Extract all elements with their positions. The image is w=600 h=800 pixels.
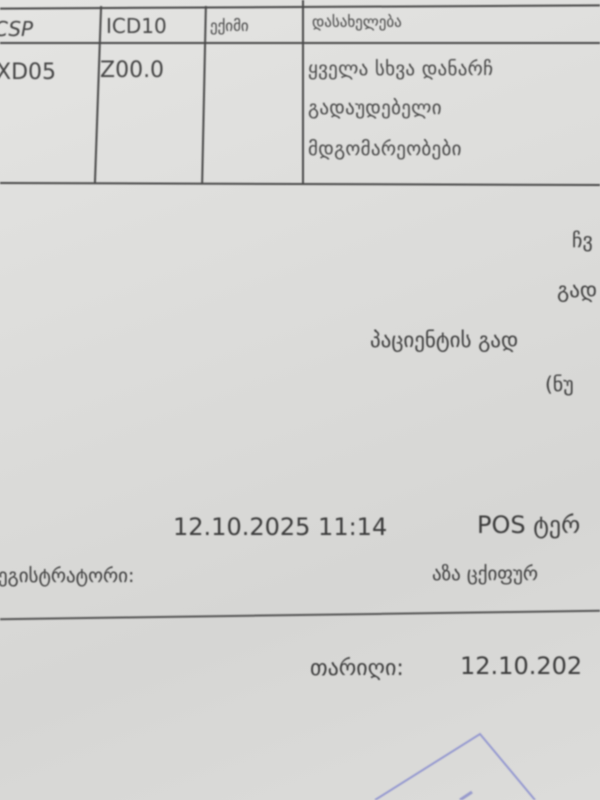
col-divider-3 — [302, 0, 304, 184]
registrar-name: აზა ცქიფურ — [432, 563, 538, 585]
print-datetime: 12.10.2025 11:14 — [173, 513, 387, 541]
header-icd10: ICD10 — [106, 14, 167, 38]
table-bottom-border — [0, 182, 600, 186]
header-divider — [0, 42, 600, 44]
date-label: თარიღი: — [310, 656, 404, 681]
cell-name-line-3: მდგომარეობები — [308, 138, 462, 160]
header-csp: CSP — [0, 17, 33, 41]
pos-label: POS ტერ — [477, 511, 580, 539]
date-value: 12.10.202 — [460, 652, 582, 680]
cell-name-line-2: გადაუდებელი — [308, 97, 442, 119]
cell-icd10: Z00.0 — [100, 58, 164, 83]
right-line-2: გად — [557, 278, 597, 302]
cell-name-line-1: ყველა სხვა დანარჩ — [308, 58, 493, 80]
col-divider-1 — [94, 6, 102, 184]
right-line-4: (ნუ — [545, 372, 574, 396]
right-line-3: პაციენტის გად — [370, 328, 518, 352]
diagnosis-table: CSP ICD10 ექიმი დასახელება XD05 Z00.0 ყვ… — [0, 0, 600, 185]
document-photo: CSP ICD10 ექიმი დასახელება XD05 Z00.0 ყვ… — [0, 0, 600, 800]
right-line-1: ჩვ — [572, 228, 593, 252]
separator-line — [0, 610, 600, 620]
header-name: დასახელება — [312, 13, 402, 31]
header-doctor: ექიმი — [210, 17, 249, 35]
cell-csp: XD05 — [0, 60, 56, 85]
stamp-fragment-icon — [360, 700, 600, 800]
col-divider-2 — [201, 6, 207, 184]
table-top-border — [0, 4, 600, 9]
registrar-label: ეგისტრატორი: — [0, 565, 134, 587]
